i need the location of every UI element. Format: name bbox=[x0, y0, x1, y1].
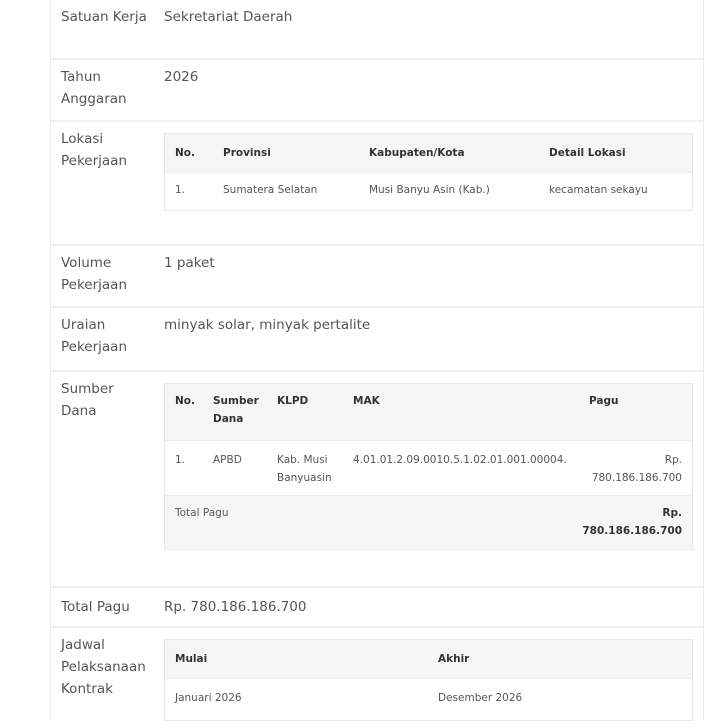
row-lokasi-pekerjaan: Lokasi Pekerjaan No. Provinsi Kabupaten/… bbox=[51, 122, 703, 246]
td-no: 1. bbox=[175, 451, 185, 469]
jadwal-table-header: Mulai Akhir bbox=[165, 640, 692, 679]
value-volume-pekerjaan: 1 paket bbox=[164, 252, 215, 274]
td-sumber-dana: APBD bbox=[213, 451, 242, 469]
th-no: No. bbox=[175, 392, 195, 410]
th-mulai: Mulai bbox=[175, 650, 207, 668]
row-satuan-kerja: Satuan Kerja Sekretariat Daerah bbox=[51, 0, 703, 60]
label-satuan-kerja: Satuan Kerja bbox=[61, 6, 151, 28]
jadwal-table: Mulai Akhir Januari 2026 Desember 2026 bbox=[164, 639, 693, 720]
row-jadwal-pelaksanaan: Jadwal Pelaksanaan Kontrak Mulai Akhir J… bbox=[51, 628, 703, 720]
td-provinsi: Sumatera Selatan bbox=[223, 181, 317, 199]
footer-total-pagu-label: Total Pagu bbox=[175, 504, 228, 522]
row-uraian-pekerjaan: Uraian Pekerjaan minyak solar, minyak pe… bbox=[51, 308, 703, 372]
th-kabupaten-kota: Kabupaten/Kota bbox=[369, 144, 465, 162]
value-tahun-anggaran: 2026 bbox=[164, 66, 198, 88]
td-pagu: Rp. 780.186.186.700 bbox=[582, 451, 682, 487]
th-akhir: Akhir bbox=[438, 650, 469, 668]
sumber-dana-table-row: 1. APBD Kab. Musi Banyuasin 4.01.01.2.09… bbox=[165, 441, 692, 495]
th-pagu: Pagu bbox=[589, 392, 619, 410]
td-mulai: Januari 2026 bbox=[175, 689, 242, 707]
td-no: 1. bbox=[175, 181, 185, 199]
sumber-dana-table-header: No. Sumber Dana KLPD MAK Pagu bbox=[165, 384, 692, 441]
label-tahun-anggaran: Tahun Anggaran bbox=[61, 66, 151, 110]
td-akhir: Desember 2026 bbox=[438, 689, 522, 707]
sumber-dana-table-footer: Total Pagu Rp. 780.186.186.700 bbox=[165, 495, 692, 551]
row-tahun-anggaran: Tahun Anggaran 2026 bbox=[51, 60, 703, 122]
row-total-pagu: Total Pagu Rp. 780.186.186.700 bbox=[51, 588, 703, 628]
row-sumber-dana: Sumber Dana No. Sumber Dana KLPD MAK Pag… bbox=[51, 372, 703, 588]
label-uraian-pekerjaan: Uraian Pekerjaan bbox=[61, 314, 151, 358]
th-detail-lokasi: Detail Lokasi bbox=[549, 144, 626, 162]
lokasi-table-header: No. Provinsi Kabupaten/Kota Detail Lokas… bbox=[165, 134, 692, 173]
row-volume-pekerjaan: Volume Pekerjaan 1 paket bbox=[51, 246, 703, 308]
jadwal-table-row: Januari 2026 Desember 2026 bbox=[165, 679, 692, 719]
detail-table: Satuan Kerja Sekretariat Daerah Tahun An… bbox=[50, 0, 704, 720]
td-klpd: Kab. Musi Banyuasin bbox=[277, 451, 341, 487]
label-volume-pekerjaan: Volume Pekerjaan bbox=[61, 252, 151, 296]
td-mak: 4.01.01.2.09.0010.5.1.02.01.001.00004. bbox=[353, 451, 567, 469]
lokasi-table: No. Provinsi Kabupaten/Kota Detail Lokas… bbox=[164, 133, 693, 211]
value-uraian-pekerjaan: minyak solar, minyak pertalite bbox=[164, 314, 370, 336]
lokasi-table-row: 1. Sumatera Selatan Musi Banyu Asin (Kab… bbox=[165, 173, 692, 209]
label-total-pagu: Total Pagu bbox=[61, 596, 161, 618]
th-klpd: KLPD bbox=[277, 392, 308, 410]
label-jadwal-pelaksanaan: Jadwal Pelaksanaan Kontrak bbox=[61, 634, 151, 700]
label-lokasi-pekerjaan: Lokasi Pekerjaan bbox=[61, 128, 151, 172]
sumber-dana-table: No. Sumber Dana KLPD MAK Pagu 1. APBD Ka… bbox=[164, 383, 693, 551]
th-sumber-dana: Sumber Dana bbox=[213, 392, 263, 428]
footer-total-pagu-value: Rp. 780.186.186.700 bbox=[582, 504, 682, 540]
value-satuan-kerja: Sekretariat Daerah bbox=[164, 6, 292, 28]
th-provinsi: Provinsi bbox=[223, 144, 271, 162]
th-mak: MAK bbox=[353, 392, 380, 410]
td-detail-lokasi: kecamatan sekayu bbox=[549, 181, 648, 199]
value-total-pagu: Rp. 780.186.186.700 bbox=[164, 596, 306, 618]
label-sumber-dana: Sumber Dana bbox=[61, 378, 151, 422]
th-no: No. bbox=[175, 144, 195, 162]
td-kabupaten-kota: Musi Banyu Asin (Kab.) bbox=[369, 181, 490, 199]
